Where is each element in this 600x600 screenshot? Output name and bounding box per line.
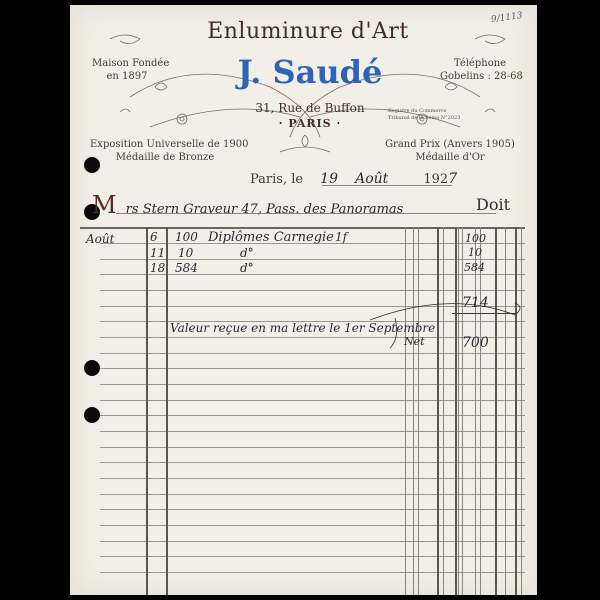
founded-note: Maison Fondée en 1897 — [92, 57, 162, 83]
proprietor-name: J. Saudé — [220, 53, 400, 91]
award-bronze: Exposition Universelle de 1900 Médaille … — [90, 138, 240, 164]
line-item: 18 584 d° 584 — [70, 261, 537, 277]
signature-flourish-icon — [370, 290, 530, 360]
award-gold: Grand Prix (Anvers 1905) Médaille d'Or — [375, 138, 525, 164]
telephone-note: Téléphone Gobelins : 28-68 — [440, 57, 520, 83]
trade-registry: Registre du Commerce Tribunal de la Sein… — [388, 108, 460, 122]
city: · PARIS · — [270, 117, 350, 130]
addressee-line: M rs Stern Graveur 47, Pass. des Panoram… — [92, 191, 532, 217]
trade-title: Enluminure d'Art — [178, 19, 438, 44]
date-line: Paris, le 19 Août 1927 — [250, 168, 500, 188]
ledger-grid — [70, 227, 537, 595]
street-address: 31, Rue de Buffon — [250, 101, 370, 115]
invoice-paper: 9/1113 Enluminure d'Art J. Saudé Maison … — [70, 5, 537, 595]
line-item: Août 6 100 Diplômes Carnegie 1f 100 — [70, 230, 537, 246]
line-item: 11 10 d° 10 — [70, 246, 537, 262]
